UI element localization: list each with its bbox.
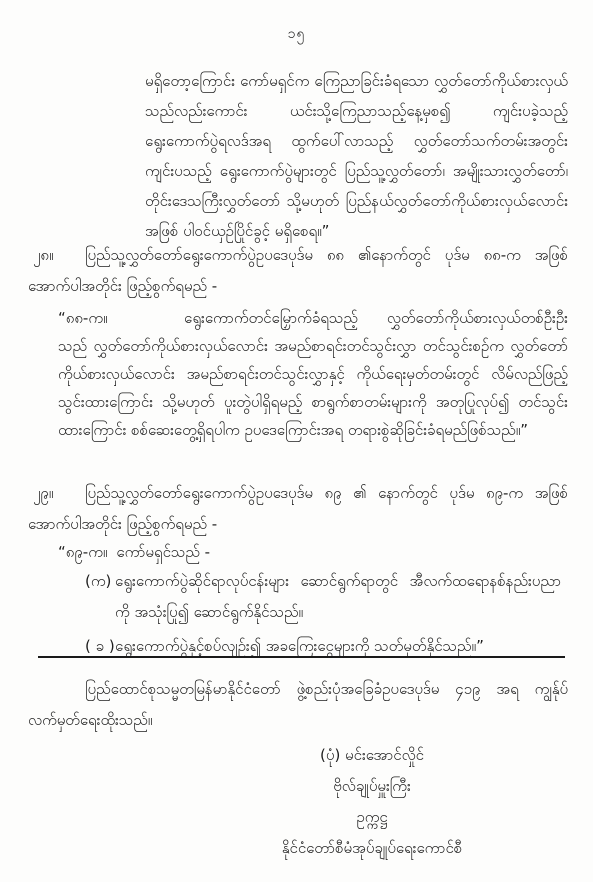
section-89a-heading: “၈၉-က။ကော်မရှင်သည် - [58, 538, 568, 566]
signature-rank: ဗိုလ်ချုပ်မှူးကြီး [222, 771, 522, 802]
paragraph-28-text: ပြည်သူ့လွှတ်တော်ရွေးကောက်ပွဲဥပဒေပုဒ်မ ၈၈… [28, 246, 568, 295]
closing-paragraph: ပြည်ထောင်စုသမ္မတမြန်မာနိုင်ငံတော် ဖွဲ့စည… [28, 674, 568, 736]
paragraph-29-number: ၂၉။ [33, 478, 85, 509]
document-page: ၁၅ မရှိတော့ကြောင်း ကော်မရှင်က ကြေညာခြင်း… [0, 0, 593, 882]
paragraph-28: ၂၈။ပြည်သူ့လွှတ်တော်ရွေးကောက်ပွဲဥပဒေပုဒ်မ… [28, 240, 568, 302]
signature-organization: နိုင်ငံတော်စီမံအုပ်ချုပ်ရေးကောင်စီ [222, 833, 522, 864]
section-88a-label: “၈၈-က။ [58, 304, 184, 332]
separator-line [38, 656, 565, 658]
paragraph-28-number: ၂၈။ [33, 240, 85, 271]
signature-signed-name: (ပုံ) မင်းအောင်လှိုင် [222, 740, 522, 771]
section-89a-label: “၈၉-က။ [58, 543, 107, 561]
signature-title: ဥက္ကဋ္ဌ [222, 802, 522, 833]
paragraph-quote-continuation: မရှိတော့ကြောင်း ကော်မရှင်က ကြေညာခြင်းခံရ… [145, 66, 568, 246]
section-88a-quote: “၈၈-က။ရွေးကောက်တင်မြှောက်ခံရသည့် လွှတ်တေ… [58, 304, 568, 444]
section-89a-text: ကော်မရှင်သည် - [116, 543, 210, 561]
list-item-ka: (က) ရွေးကောက်ပွဲဆိုင်ရာလုပ်ငန်းများ ဆောင… [85, 566, 561, 628]
page-number: ၁၅ [0, 24, 593, 45]
paragraph-29-text: ပြည်သူ့လွှတ်တော်ရွေးကောက်ပွဲဥပဒေပုဒ်မ ၈၉… [28, 484, 568, 533]
list-item-ka-text: ရွေးကောက်ပွဲဆိုင်ရာလုပ်ငန်းများ ဆောင်ရွက… [115, 566, 561, 628]
signature-block: (ပုံ) မင်းအောင်လှိုင် ဗိုလ်ချုပ်မှူးကြီး… [222, 740, 522, 864]
paragraph-29: ၂၉။ပြည်သူ့လွှတ်တော်ရွေးကောက်ပွဲဥပဒေပုဒ်မ… [28, 478, 568, 540]
list-item-ka-label: (က) [85, 566, 111, 597]
